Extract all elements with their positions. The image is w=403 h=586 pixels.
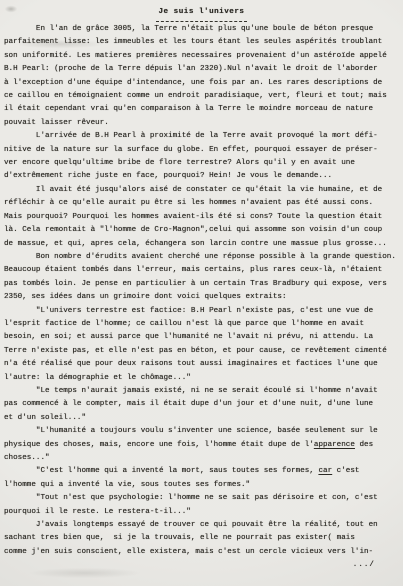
- document-body: En l'an de grâce 3005, la Terre n'était …: [4, 23, 399, 559]
- paragraph-text: "Le temps n'aurait jamais existé, ni ne …: [4, 387, 378, 422]
- paragraph-text: Bon nombre d'érudits avaient cherché une…: [4, 253, 396, 301]
- document-page: Je suis l'univers En l'an de grâce 3005,…: [0, 0, 403, 586]
- paragraph: "Tout n'est que psychologie: l'homme ne …: [4, 492, 399, 519]
- paragraph: Bon nombre d'érudits avaient cherché une…: [4, 251, 399, 305]
- paragraph-text: "L'univers terrestre est factice: B.H Pe…: [4, 307, 387, 382]
- paragraph-text: J'avais longtemps essayé de trouver ce q…: [4, 521, 378, 556]
- paragraph-text: L'arrivée de B.H Pearl à proximité de la…: [4, 132, 378, 180]
- paragraph-text: "Tout n'est que psychologie: l'homme ne …: [4, 494, 378, 515]
- paragraph: "Le temps n'aurait jamais existé, ni ne …: [4, 385, 399, 425]
- paragraph: En l'an de grâce 3005, la Terre n'était …: [4, 23, 399, 130]
- continuation-mark: .../: [4, 559, 399, 572]
- paragraph: L'arrivée de B.H Pearl à proximité de la…: [4, 130, 399, 184]
- paragraph: "L'univers terrestre est factice: B.H Pe…: [4, 305, 399, 385]
- paragraph-text: "C'est l'homme qui a inventé la mort, sa…: [4, 467, 318, 475]
- paragraph: "L'humanité a toujours voulu s'inventer …: [4, 425, 399, 465]
- underlined-word: car: [318, 467, 332, 475]
- document-title: Je suis l'univers: [156, 6, 248, 22]
- title-row: Je suis l'univers: [4, 6, 399, 22]
- paragraph: J'avais longtemps essayé de trouver ce q…: [4, 519, 399, 559]
- underlined-word: apparence: [314, 441, 355, 449]
- paragraph: Il avait été jusqu'alors aisé de constat…: [4, 184, 399, 251]
- paragraph-text: En l'an de grâce 3005, la Terre n'était …: [4, 25, 387, 127]
- paragraph-text: Il avait été jusqu'alors aisé de constat…: [4, 186, 387, 248]
- paragraph: "C'est l'homme qui a inventé la mort, sa…: [4, 465, 399, 492]
